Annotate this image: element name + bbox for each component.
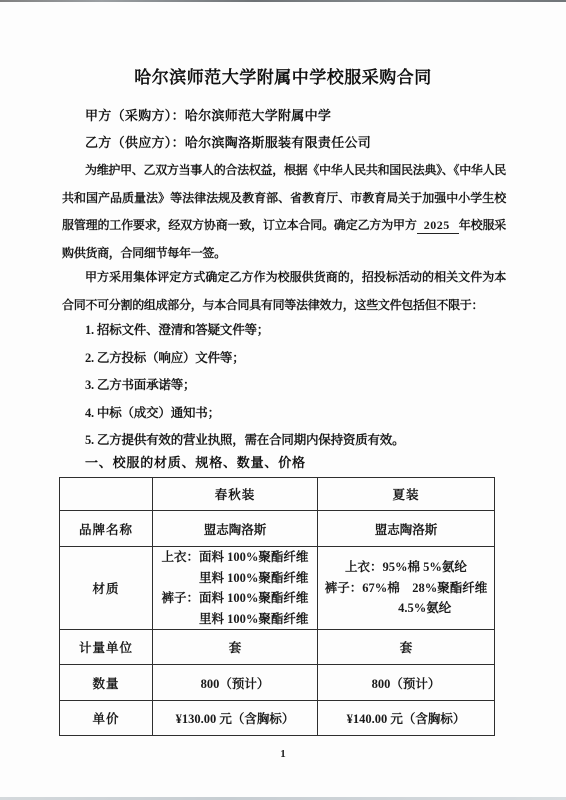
contract-title: 哈尔滨师范大学附属中学校服采购合同 <box>0 63 566 88</box>
list-item-1: 1. 招标文件、澄清和答疑文件等； <box>85 317 515 345</box>
material-summer-value: 上衣：95%棉 5%氨纶 裤子：67%棉 28%聚酯纤维 4.5%氨纶 <box>318 547 495 630</box>
row-label-unit: 计量单位 <box>60 630 153 665</box>
list-item-3: 3. 乙方书面承诺等； <box>85 372 515 400</box>
uniform-spec-table: 春秋装 夏装 品牌名称 盟志陶洛斯 盟志陶洛斯 材质 上衣：面料 100%聚酯纤… <box>59 477 495 736</box>
unit-price-summer-value: ¥140.00 元（含胸标） <box>318 701 495 736</box>
table-row-unit-price: 单价 ¥130.00 元（含胸标） ¥140.00 元（含胸标） <box>60 701 495 736</box>
col-header-summer: 夏装 <box>318 478 495 511</box>
contract-page: 哈尔滨师范大学附属中学校服采购合同 甲方（采购方）：哈尔滨师范大学附属中学 乙方… <box>0 0 566 800</box>
list-item-4: 4. 中标（成交）通知书； <box>85 400 515 428</box>
evaluation-paragraph: 甲方采用集体评定方式确定乙方作为校服供货商的，招投标活动的相关文件为本合同不可分… <box>62 264 506 319</box>
unit-price-spring-value: ¥130.00 元（含胸标） <box>153 701 318 736</box>
list-item-5: 5. 乙方提供有效的营业执照，需在合同期内保持资质有效。 <box>85 427 515 455</box>
page-number: 1 <box>0 748 566 760</box>
unit-summer-value: 套 <box>318 630 495 665</box>
list-item-2: 2. 乙方投标（响应）文件等； <box>85 345 515 373</box>
unit-spring-value: 套 <box>153 630 318 665</box>
table-row-unit: 计量单位 套 套 <box>60 630 495 665</box>
quantity-summer-value: 800（预计） <box>318 665 495 701</box>
row-label-brand: 品牌名称 <box>60 511 153 547</box>
party-b-line: 乙方（供应方）：哈尔滨陶洛斯服装有限责任公司 <box>85 132 525 151</box>
table-row-quantity: 数量 800（预计） 800（预计） <box>60 665 495 701</box>
row-label-unit-price: 单价 <box>60 701 153 736</box>
col-header-spring-autumn: 春秋装 <box>153 478 318 511</box>
intro-paragraph: 为维护甲、乙双方当事人的合法权益，根据《中华人民共和国民法典》、《中华人民共和国… <box>62 157 506 267</box>
scan-artifact-top-edge <box>0 0 566 2</box>
contract-year-underlined: 2025 <box>417 218 459 234</box>
row-label-material: 材质 <box>60 547 153 630</box>
quantity-spring-value: 800（预计） <box>153 665 318 701</box>
row-label-quantity: 数量 <box>60 665 153 701</box>
brand-summer-value: 盟志陶洛斯 <box>318 511 495 547</box>
table-row-material: 材质 上衣：面料 100%聚酯纤维 里料 100%聚酯纤维 裤子：面料 100%… <box>60 547 495 630</box>
section-heading: 一、校服的材质、规格、数量、价格 <box>85 452 306 471</box>
table-row-brand: 品牌名称 盟志陶洛斯 盟志陶洛斯 <box>60 511 495 547</box>
brand-spring-value: 盟志陶洛斯 <box>153 511 318 547</box>
material-spring-value: 上衣：面料 100%聚酯纤维 里料 100%聚酯纤维 裤子：面料 100%聚酯纤… <box>153 547 318 630</box>
table-header-row: 春秋装 夏装 <box>60 478 495 511</box>
party-a-line: 甲方（采购方）：哈尔滨师范大学附属中学 <box>85 105 525 124</box>
table-corner-cell <box>60 478 153 511</box>
bid-document-list: 1. 招标文件、澄清和答疑文件等； 2. 乙方投标（响应）文件等； 3. 乙方书… <box>85 317 515 455</box>
